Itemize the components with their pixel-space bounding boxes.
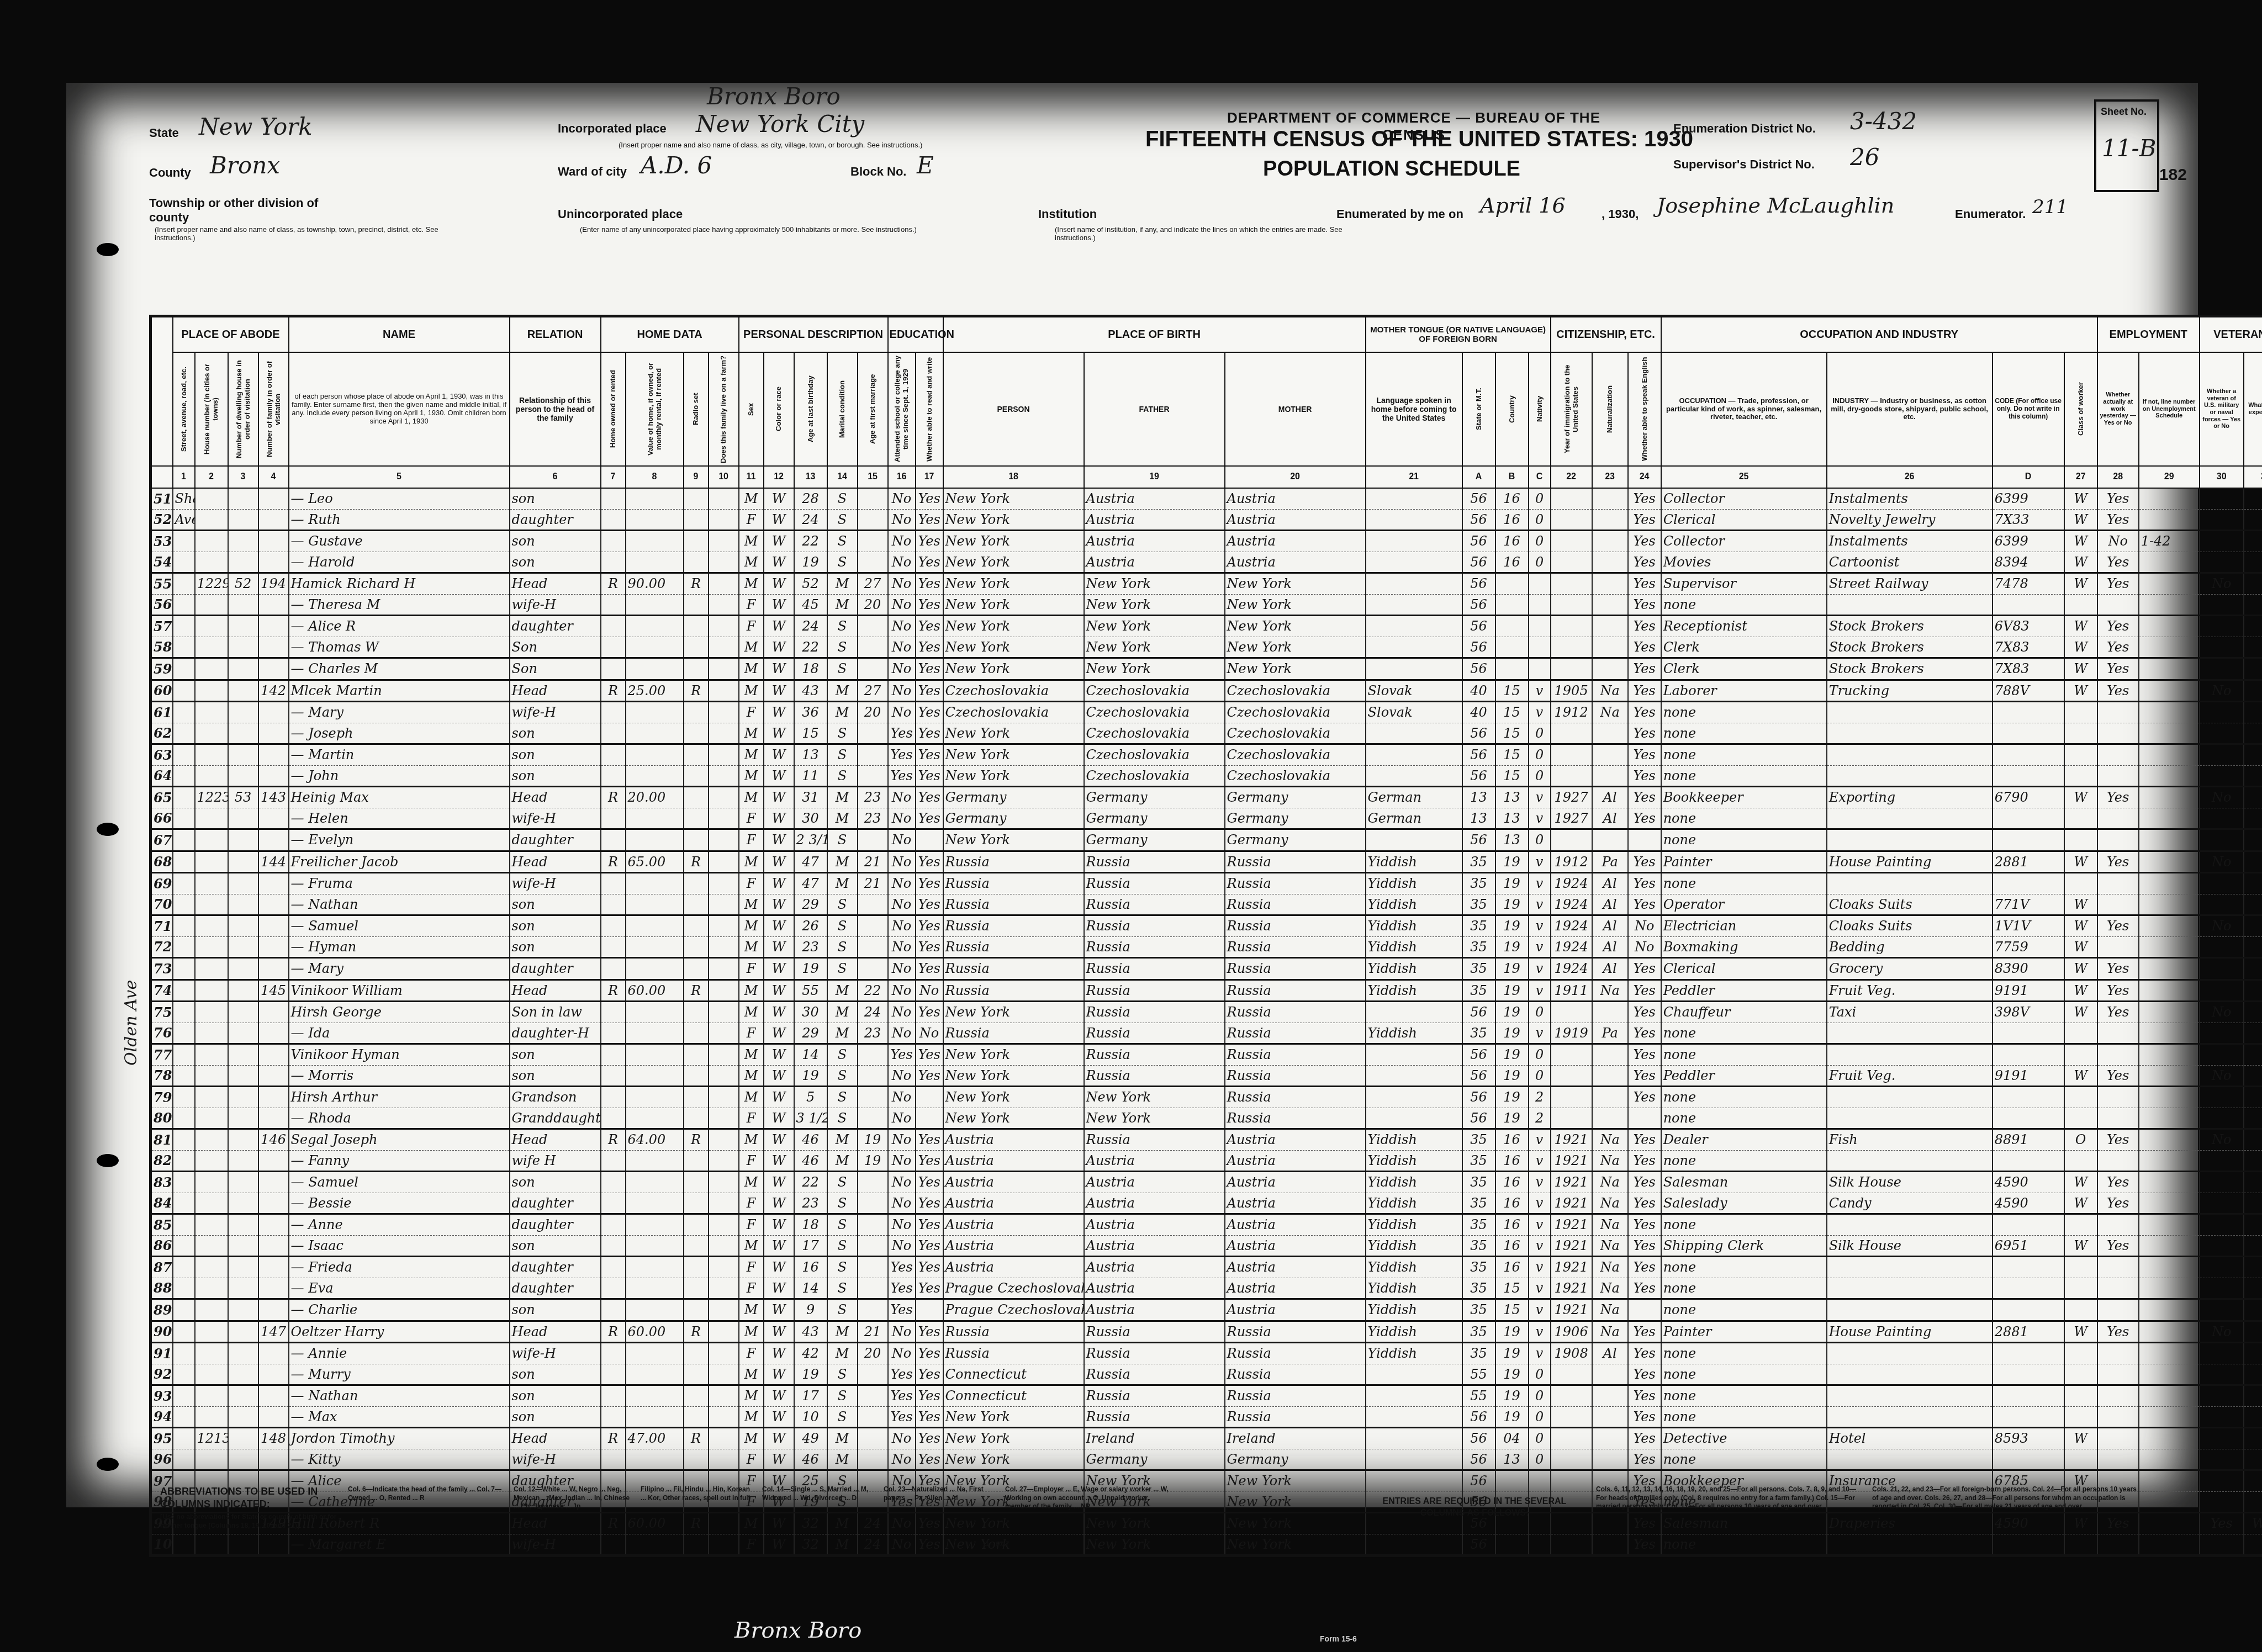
entries-title: ENTRIES ARE REQUIRED IN THE SEVERAL COLU… — [1375, 1496, 1574, 1519]
cell-cw — [2064, 1449, 2097, 1470]
cell-dw — [228, 658, 258, 680]
cell-cc: 0 — [1529, 765, 1551, 787]
cell-imm: 1921 — [1551, 1193, 1592, 1214]
table-row: 81146Segal JosephHeadR64.00RMW46M19NoYes… — [151, 1129, 2262, 1151]
cell-imm — [1551, 594, 1592, 616]
cell-own — [601, 1343, 626, 1364]
cell-cw: W — [2064, 894, 2097, 915]
cell-war — [2244, 936, 2262, 958]
cell-sex: F — [739, 1214, 764, 1236]
column-number: 13 — [794, 466, 827, 488]
column-number: 18 — [943, 466, 1084, 488]
cell-cb: 19 — [1495, 1087, 1529, 1108]
cell-hn — [195, 1087, 228, 1108]
cell-cw: W — [2064, 509, 2097, 531]
cell-bp: New York — [943, 637, 1084, 658]
cell-val — [626, 1023, 684, 1044]
cell-race: W — [764, 1385, 794, 1407]
cell-imm: 1921 — [1551, 1257, 1592, 1278]
cell-mar: M — [827, 1449, 858, 1470]
cell-work — [2097, 1343, 2139, 1364]
cell-hn — [195, 488, 228, 509]
cell-cw — [2064, 723, 2097, 744]
cell-rw: Yes — [916, 552, 943, 573]
cell-work: Yes — [2097, 851, 2139, 873]
cell-work: Yes — [2097, 616, 2139, 637]
line-number: 80 — [151, 1108, 173, 1129]
cell-bm: Russia — [1225, 894, 1366, 915]
line-number: 81 — [151, 1129, 173, 1151]
cell-rw: Yes — [916, 744, 943, 766]
cell-eng: Yes — [1628, 1406, 1661, 1428]
cell-bm: Czechoslovakia — [1225, 765, 1366, 787]
cell-cw — [2064, 829, 2097, 851]
cell-war — [2244, 1257, 2262, 1278]
table-row: 92— MurrysonMW19SYesYesConnecticutRussia… — [151, 1364, 2262, 1385]
cell-fm — [258, 1299, 289, 1321]
cell-rw: Yes — [916, 873, 943, 894]
cell-fm — [258, 1214, 289, 1236]
enumerated-date: April 16 — [1480, 193, 1566, 218]
cell-cd: 6399 — [1993, 488, 2064, 509]
cell-dw — [228, 1406, 258, 1428]
cell-eng: No — [1628, 915, 1661, 937]
line-number: 90 — [151, 1321, 173, 1343]
table-row: 87— FriedadaughterFW16SYesYesAustriaAust… — [151, 1257, 2262, 1278]
cell-rad — [684, 808, 709, 829]
cell-rw: No — [916, 1023, 943, 1044]
cell-unl — [2139, 936, 2200, 958]
cell-bp: New York — [943, 744, 1084, 766]
cell-unl — [2139, 1065, 2200, 1087]
cell-eng: Yes — [1628, 894, 1661, 915]
cell-work: No — [2097, 531, 2139, 552]
cell-mar: S — [827, 1235, 858, 1257]
cell-name: — Thomas W — [289, 637, 510, 658]
cell-ind: Bedding — [1827, 936, 1993, 958]
cell-war — [2244, 1299, 2262, 1321]
cell-hn — [195, 1257, 228, 1278]
cell-ind: Fish — [1827, 1129, 1993, 1151]
column-number: C — [1529, 466, 1551, 488]
cell-mar: S — [827, 894, 858, 915]
cell-dw — [228, 808, 258, 829]
cell-age: 9 — [794, 1299, 827, 1321]
cell-imm — [1551, 1108, 1592, 1129]
table-row: 83— SamuelsonMW22SNoYesAustriaAustriaAus… — [151, 1172, 2262, 1193]
cell-nat: Na — [1592, 1278, 1628, 1299]
table-row: 74145Vinikoor WilliamHeadR60.00RMW55M22N… — [151, 979, 2262, 1002]
cell-unl — [2139, 509, 2200, 531]
cell-frm — [709, 1023, 739, 1044]
cell-ca: 35 — [1462, 1172, 1495, 1193]
cell-ind: Silk House — [1827, 1172, 1993, 1193]
cell-ca: 40 — [1462, 680, 1495, 702]
cell-sch: Yes — [888, 1278, 916, 1299]
cell-sch: No — [888, 1065, 916, 1087]
cell-st — [173, 637, 195, 658]
cell-imm: 1927 — [1551, 808, 1592, 829]
table-row: 69— Frumawife-HFW47M21NoYesRussiaRussiaR… — [151, 873, 2262, 894]
cell-own — [601, 552, 626, 573]
cell-am — [858, 723, 888, 744]
cell-bp: New York — [943, 765, 1084, 787]
cell-war — [2244, 616, 2262, 637]
cell-bf: Russia — [1084, 1364, 1225, 1385]
table-row: 65122353143Heinig MaxHeadR20.00MW31M23No… — [151, 787, 2262, 808]
cell-rad — [684, 1385, 709, 1407]
cell-cb: 15 — [1495, 1278, 1529, 1299]
cell-occ: Chauffeur — [1661, 1002, 1827, 1023]
column-number: 6 — [510, 466, 601, 488]
table-row: 94— MaxsonMW10SYesYesNew YorkRussiaRussi… — [151, 1406, 2262, 1428]
cell-st — [173, 1193, 195, 1214]
cell-am — [858, 1385, 888, 1407]
cell-bp: New York — [943, 723, 1084, 744]
cell-st — [173, 808, 195, 829]
cell-ca: 56 — [1462, 1108, 1495, 1129]
cell-lang: Yiddish — [1366, 1023, 1462, 1044]
col-at-work: Whether actually at work yesterday — Yes… — [2097, 352, 2139, 466]
sheet-label: Sheet No. — [2101, 106, 2147, 118]
cell-ind — [1827, 1044, 1993, 1066]
cell-ca: 56 — [1462, 1002, 1495, 1023]
cell-lang: Yiddish — [1366, 851, 1462, 873]
cell-vet — [2200, 488, 2244, 509]
cell-vet — [2200, 1491, 2244, 1513]
cell-bp: Russia — [943, 894, 1084, 915]
cell-unl: 1-42 — [2139, 531, 2200, 552]
cell-val — [626, 594, 684, 616]
side-note: Olden Ave — [121, 980, 141, 1066]
cell-fm — [258, 658, 289, 680]
cell-sex: F — [739, 829, 764, 851]
cell-age: 11 — [794, 765, 827, 787]
cell-am — [858, 1065, 888, 1087]
cell-bp: Austria — [943, 1193, 1084, 1214]
cell-bm: Russia — [1225, 1406, 1366, 1428]
cell-nat — [1592, 1087, 1628, 1108]
cell-vet — [2200, 616, 2244, 637]
cell-rad — [684, 1364, 709, 1385]
cell-sex: M — [739, 552, 764, 573]
cell-vet — [2200, 744, 2244, 766]
cell-race: W — [764, 958, 794, 980]
cell-frm — [709, 1044, 739, 1066]
cell-work: Yes — [2097, 915, 2139, 937]
cell-hn: 1213 — [195, 1428, 228, 1449]
cell-frm — [709, 1129, 739, 1151]
cell-cb: 16 — [1495, 1235, 1529, 1257]
cell-rw: Yes — [916, 1129, 943, 1151]
cell-frm — [709, 1150, 739, 1172]
cell-ind — [1827, 829, 1993, 851]
cell-val: 60.00 — [626, 1321, 684, 1343]
cell-bf: Czechoslovakia — [1084, 765, 1225, 787]
cell-race: W — [764, 1002, 794, 1023]
cell-val: 47.00 — [626, 1428, 684, 1449]
cell-own — [601, 594, 626, 616]
cell-rel: daughter — [510, 1193, 601, 1214]
cell-cd — [1993, 1278, 2064, 1299]
cell-rel: son — [510, 1299, 601, 1321]
col-occupation: OCCUPATION — Trade, profession, or parti… — [1661, 352, 1827, 466]
cell-bp: Germany — [943, 808, 1084, 829]
cell-unl — [2139, 1172, 2200, 1193]
entries-a: Cols. 6, 11, 12, 13, 14, 16, 18, 19, 20,… — [1596, 1485, 1861, 1511]
abbrev-col14: Col. 14—Single ... S, Married ... M, Wid… — [762, 1485, 873, 1502]
table-row: 91— Anniewife-HFW42M20NoYesRussiaRussiaR… — [151, 1343, 2262, 1364]
cell-war — [2244, 894, 2262, 915]
cell-eng: Yes — [1628, 1002, 1661, 1023]
cell-cw: W — [2064, 1235, 2097, 1257]
cell-nat: Na — [1592, 1214, 1628, 1236]
cell-own — [601, 829, 626, 851]
cell-work — [2097, 873, 2139, 894]
sheet-value: 11-B — [2102, 135, 2157, 162]
line-number: 93 — [151, 1385, 173, 1407]
cell-nat — [1592, 723, 1628, 744]
cell-name: — Theresa M — [289, 594, 510, 616]
cell-lang — [1366, 1002, 1462, 1023]
cell-name: — Samuel — [289, 915, 510, 937]
cell-sex: F — [739, 1108, 764, 1129]
cell-dw — [228, 552, 258, 573]
column-number: 5 — [289, 466, 510, 488]
cell-rad: R — [684, 1129, 709, 1151]
cell-imm: 1924 — [1551, 894, 1592, 915]
cell-race: W — [764, 616, 794, 637]
cell-rad — [684, 915, 709, 937]
cell-vet — [2200, 1235, 2244, 1257]
cell-st — [173, 765, 195, 787]
cell-war — [2244, 1023, 2262, 1044]
cell-nat — [1592, 573, 1628, 595]
cell-vet — [2200, 873, 2244, 894]
cell-imm — [1551, 744, 1592, 766]
cell-lang: Yiddish — [1366, 936, 1462, 958]
cell-rw: Yes — [916, 531, 943, 552]
group-name: NAME — [289, 316, 510, 353]
cell-st — [173, 829, 195, 851]
cell-lang — [1366, 1044, 1462, 1066]
cell-age: 19 — [794, 1364, 827, 1385]
cell-war — [2244, 488, 2262, 509]
cell-bm: Austria — [1225, 1235, 1366, 1257]
cell-cb: 19 — [1495, 1406, 1529, 1428]
cell-rw: Yes — [916, 702, 943, 723]
cell-sch: Yes — [888, 723, 916, 744]
cell-dw — [228, 979, 258, 1002]
cell-race: W — [764, 1129, 794, 1151]
cell-race: W — [764, 1406, 794, 1428]
cell-cc: v — [1529, 1129, 1551, 1151]
cell-am: 21 — [858, 873, 888, 894]
cell-hn — [195, 1385, 228, 1407]
col-house: House number (in cities or towns) — [195, 352, 228, 466]
cell-val — [626, 702, 684, 723]
cell-ca: 56 — [1462, 744, 1495, 766]
cell-sex: F — [739, 1343, 764, 1364]
cell-eng: Yes — [1628, 552, 1661, 573]
cell-imm: 1924 — [1551, 936, 1592, 958]
cell-sch: Yes — [888, 1044, 916, 1066]
cell-st — [173, 594, 195, 616]
cell-cw — [2064, 1023, 2097, 1044]
cell-nat — [1592, 1428, 1628, 1449]
cell-bf: Russia — [1084, 958, 1225, 980]
col-birth-father: FATHER — [1084, 352, 1225, 466]
cell-age: 55 — [794, 979, 827, 1002]
cell-am: 24 — [858, 1002, 888, 1023]
cell-cb: 16 — [1495, 1214, 1529, 1236]
cell-vet: No — [2200, 1065, 2244, 1087]
cell-cw: W — [2064, 616, 2097, 637]
cell-bf: Germany — [1084, 829, 1225, 851]
cell-eng: Yes — [1628, 594, 1661, 616]
line-number: 88 — [151, 1278, 173, 1299]
cell-bp: Austria — [943, 1214, 1084, 1236]
cell-fm — [258, 808, 289, 829]
cell-bp: New York — [943, 1044, 1084, 1066]
cell-vet — [2200, 808, 2244, 829]
cell-sex: M — [739, 765, 764, 787]
cell-bf: Austria — [1084, 1150, 1225, 1172]
cell-rel: daughter — [510, 1278, 601, 1299]
line-number: 63 — [151, 744, 173, 766]
cell-rad — [684, 1449, 709, 1470]
cell-sex: M — [739, 894, 764, 915]
cell-cb: 16 — [1495, 1150, 1529, 1172]
cell-dw — [228, 616, 258, 637]
cell-occ: Clerical — [1661, 509, 1827, 531]
cell-nat: Na — [1592, 1235, 1628, 1257]
cell-cd — [1993, 702, 2064, 723]
cell-fm — [258, 488, 289, 509]
cell-rw: Yes — [916, 1449, 943, 1470]
cell-work — [2097, 936, 2139, 958]
cell-rw: Yes — [916, 1385, 943, 1407]
cell-age: 49 — [794, 1428, 827, 1449]
cell-vet — [2200, 1044, 2244, 1066]
cell-bp: Czechoslovakia — [943, 702, 1084, 723]
cell-eng: Yes — [1628, 658, 1661, 680]
cell-rad — [684, 1278, 709, 1299]
cell-cw — [2064, 1406, 2097, 1428]
cell-vet — [2200, 1193, 2244, 1214]
cell-war — [2244, 787, 2262, 808]
cell-cd — [1993, 1406, 2064, 1428]
cell-cb: 15 — [1495, 765, 1529, 787]
cell-cd — [1993, 744, 2064, 766]
cell-eng: Yes — [1628, 1044, 1661, 1066]
cell-vet — [2200, 958, 2244, 980]
cell-hn — [195, 1449, 228, 1470]
cell-cw — [2064, 594, 2097, 616]
cell-vet — [2200, 979, 2244, 1002]
cell-hn — [195, 1214, 228, 1236]
cell-ind: Cloaks Suits — [1827, 915, 1993, 937]
cell-ca: 35 — [1462, 1129, 1495, 1151]
cell-cw: W — [2064, 1172, 2097, 1193]
cell-cc: 0 — [1529, 1065, 1551, 1087]
cell-own — [601, 1172, 626, 1193]
cell-own — [601, 1449, 626, 1470]
cell-sch: Yes — [888, 1257, 916, 1278]
cell-work: Yes — [2097, 1321, 2139, 1343]
cell-dw — [228, 1299, 258, 1321]
cell-mar: S — [827, 1278, 858, 1299]
line-number: 75 — [151, 1002, 173, 1023]
group-employment: EMPLOYMENT — [2097, 316, 2200, 353]
cell-lang — [1366, 531, 1462, 552]
cell-ca: 56 — [1462, 594, 1495, 616]
cell-bf: Austria — [1084, 488, 1225, 509]
cell-ca: 56 — [1462, 509, 1495, 531]
cell-fm — [258, 958, 289, 980]
col-sex: Sex — [739, 352, 764, 466]
cell-imm: 1924 — [1551, 873, 1592, 894]
cell-own: R — [601, 851, 626, 873]
cell-race: W — [764, 594, 794, 616]
cell-ca: 56 — [1462, 488, 1495, 509]
cell-eng: Yes — [1628, 1172, 1661, 1193]
cell-ca: 35 — [1462, 1343, 1495, 1364]
cell-st — [173, 1214, 195, 1236]
cell-work — [2097, 1257, 2139, 1278]
cell-sex: M — [739, 1002, 764, 1023]
cell-lang: German — [1366, 808, 1462, 829]
cell-frm — [709, 488, 739, 509]
cell-hn — [195, 1406, 228, 1428]
cell-cc: 0 — [1529, 488, 1551, 509]
cell-age: 19 — [794, 958, 827, 980]
cell-ind: Novelty Jewelry — [1827, 509, 1993, 531]
cell-vet — [2200, 1087, 2244, 1108]
cell-nat: Na — [1592, 1150, 1628, 1172]
cell-name: — Fruma — [289, 873, 510, 894]
cell-rel: Grandson — [510, 1087, 601, 1108]
cell-cd: 7X33 — [1993, 509, 2064, 531]
cell-val — [626, 1235, 684, 1257]
cell-race: W — [764, 488, 794, 509]
cell-own — [601, 936, 626, 958]
bottom-annotation: Bronx Boro — [734, 1618, 862, 1643]
cell-eng: Yes — [1628, 509, 1661, 531]
cell-val: 20.00 — [626, 787, 684, 808]
cell-cb: 19 — [1495, 894, 1529, 915]
line-number: 53 — [151, 531, 173, 552]
cell-bf: Russia — [1084, 1065, 1225, 1087]
cell-ind: Street Railway — [1827, 573, 1993, 595]
line-number: 74 — [151, 979, 173, 1002]
cell-st: Shakespeare — [173, 488, 195, 509]
cell-own — [601, 958, 626, 980]
cell-bf: Russia — [1084, 979, 1225, 1002]
cell-sex: M — [739, 1044, 764, 1066]
col-birth-mother: MOTHER — [1225, 352, 1366, 466]
cell-bm: Austria — [1225, 1257, 1366, 1278]
cell-ca: 56 — [1462, 1428, 1495, 1449]
column-number: A — [1462, 466, 1495, 488]
cell-bf: Germany — [1084, 808, 1225, 829]
cell-lang — [1366, 658, 1462, 680]
cell-war — [2244, 1065, 2262, 1087]
cell-fm — [258, 594, 289, 616]
cell-ca: 35 — [1462, 936, 1495, 958]
cell-bp: New York — [943, 509, 1084, 531]
cell-ind — [1827, 1150, 1993, 1172]
